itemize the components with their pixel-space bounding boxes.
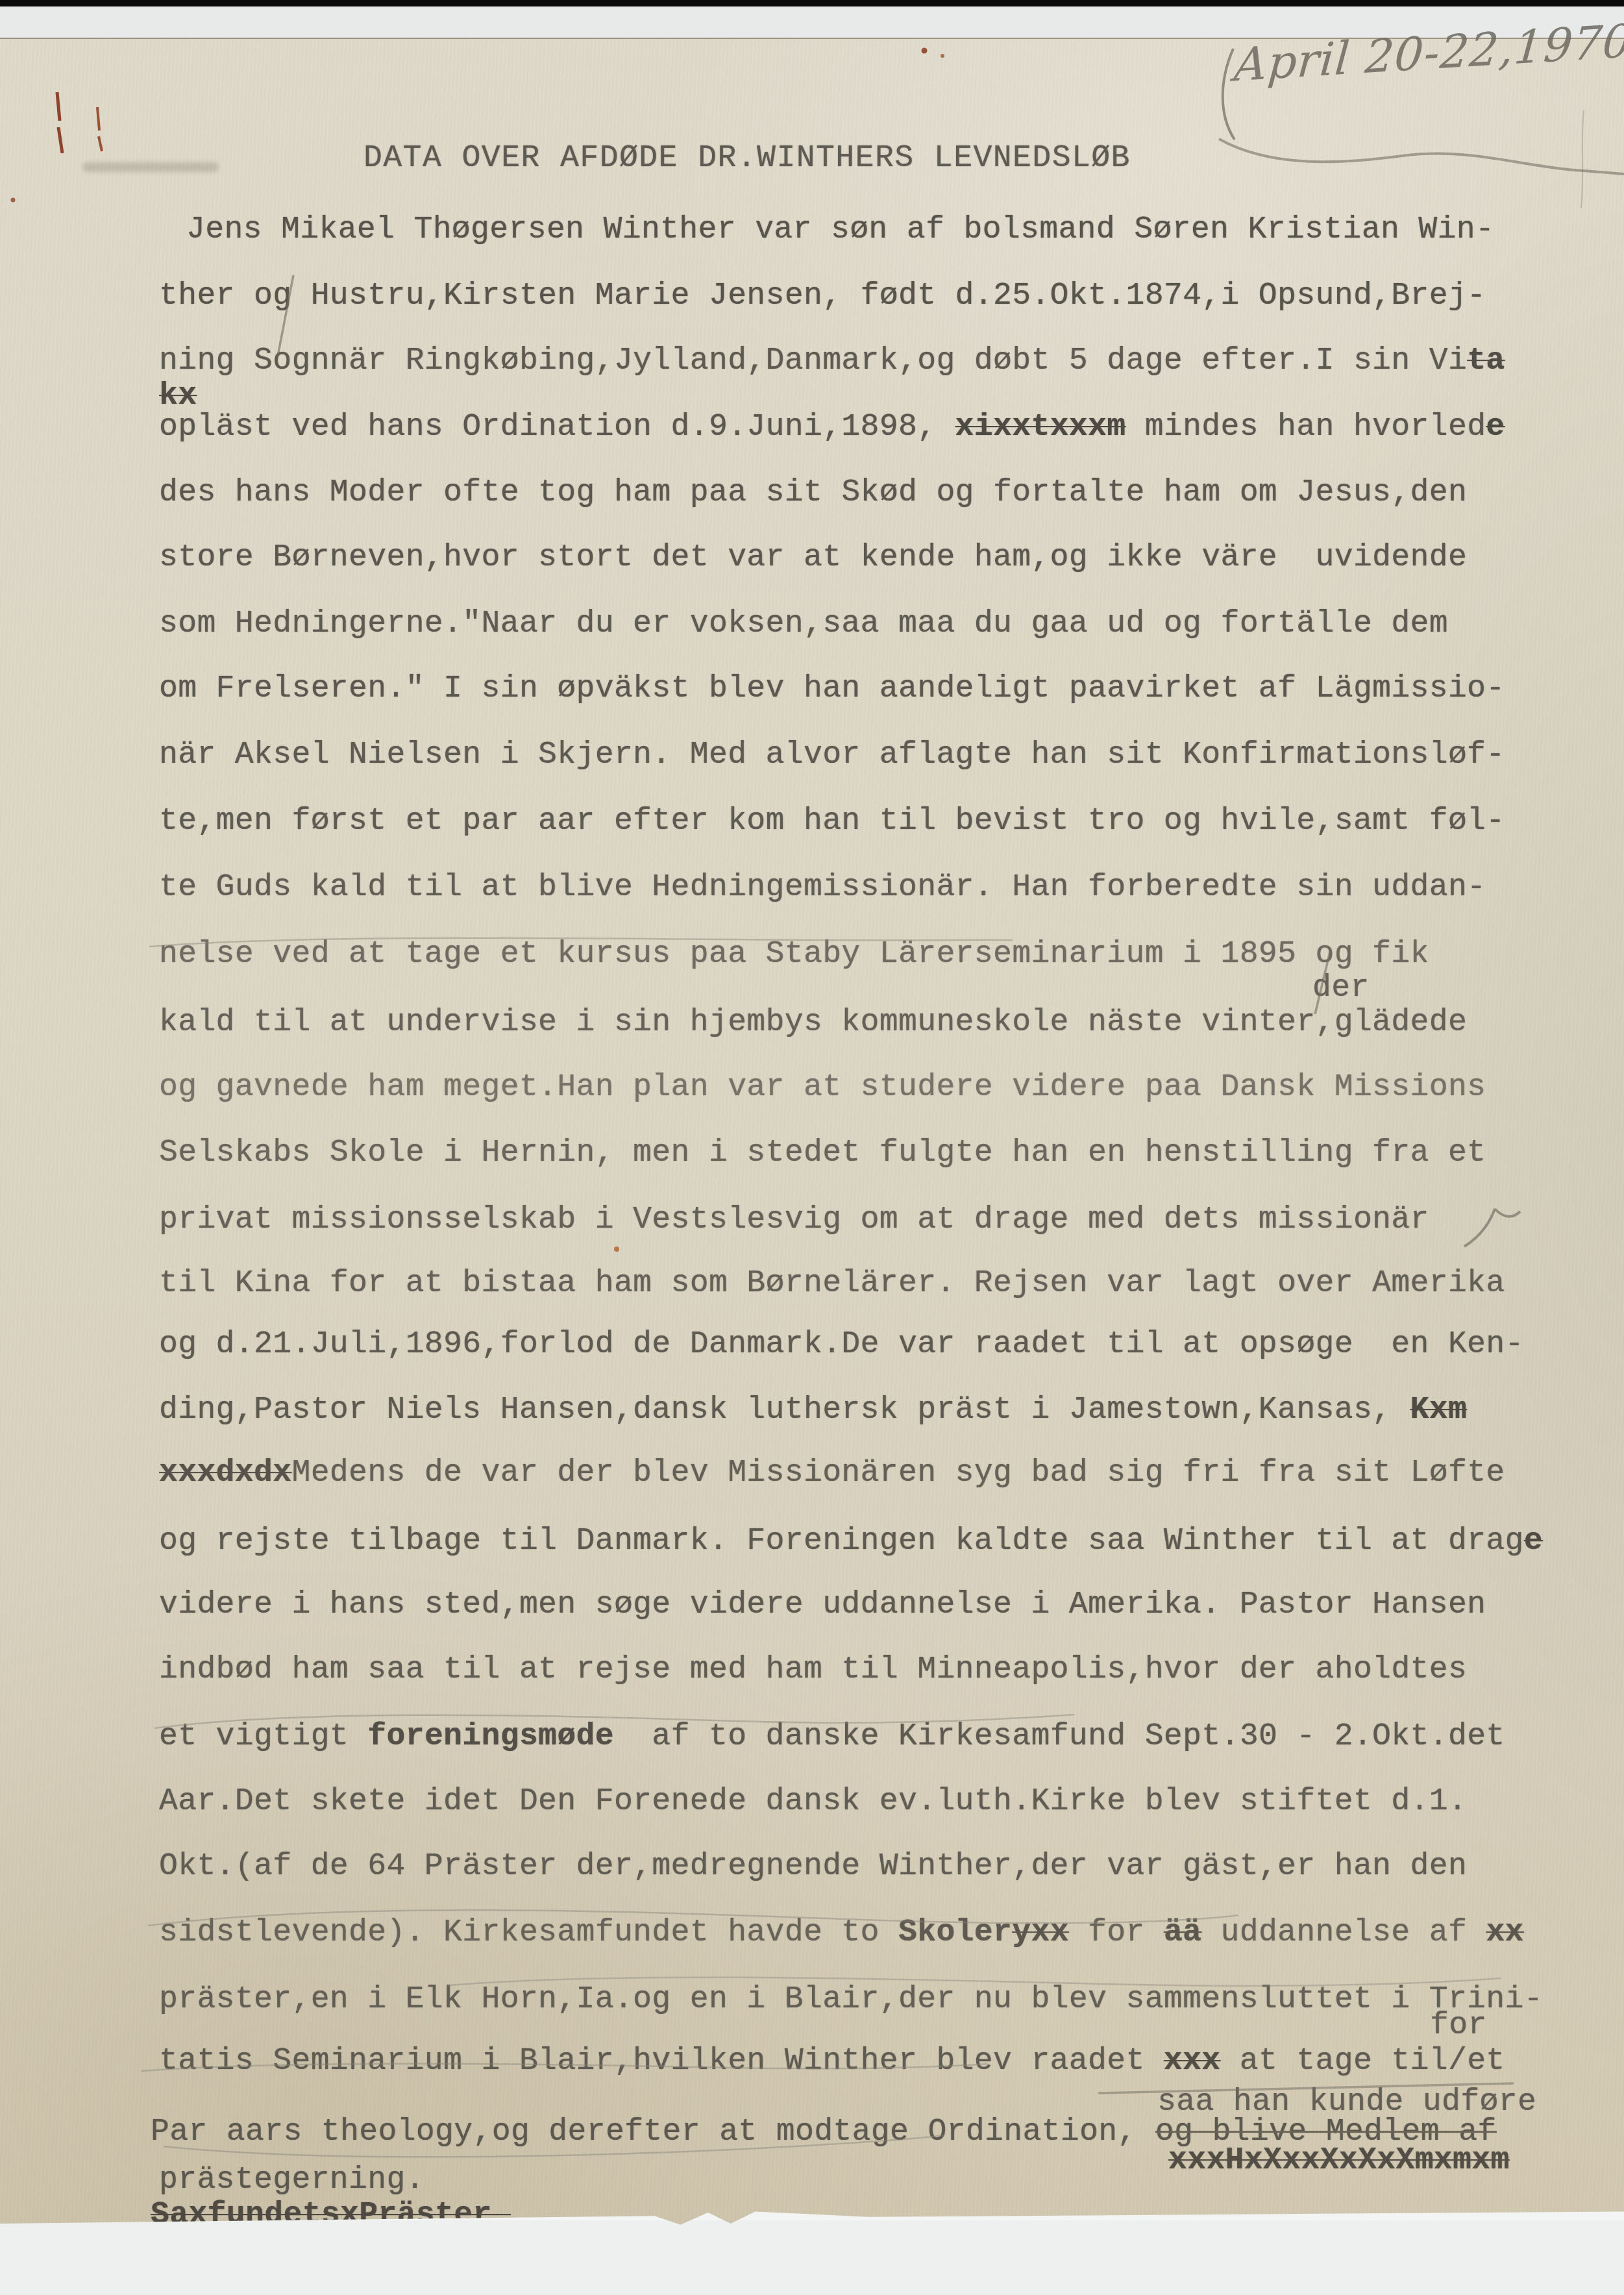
typewritten-text: som Hedningerne."Naar du er voksen,saa m… [159, 606, 1448, 641]
document-line: Okt.(af de 64 Präster der,medregnende Wi… [159, 1850, 1467, 1883]
document-line: des hans Moder ofte tog ham paa sit Skød… [159, 476, 1467, 510]
typewritten-text: store Børneven,hvor stort det var at ken… [159, 540, 1467, 575]
document-line: privat missionsselskab i Vestslesvig om … [159, 1203, 1429, 1237]
struck-text: Skoler [898, 1915, 1012, 1950]
document-line: ding,Pastor Niels Hansen,dansk luthersk … [159, 1393, 1467, 1427]
document-line: prästegerning. [159, 2163, 424, 2197]
typewritten-text: Aar.Det skete idet Den Forenede dansk ev… [159, 1784, 1467, 1819]
document-line: tatis Seminarium i Blair,hvilken Winther… [159, 2044, 1505, 2078]
struck-text: e [1524, 1524, 1543, 1559]
document-line: og gavnede ham meget.Han plan var at stu… [159, 1071, 1486, 1104]
typewritten-text: prästegerning. [159, 2163, 424, 2198]
struck-text: Kxm [1410, 1393, 1468, 1428]
typewritten-text: Medens de var der blev Missionären syg b… [291, 1456, 1505, 1491]
document-line: om Frelseren." I sin øpväkst blev han aa… [159, 672, 1505, 706]
document-line: nelse ved at tage et kursus paa Staby Lä… [159, 937, 1429, 971]
typewritten-text: ther og Hustru,Kirsten Marie Jensen, fød… [159, 279, 1486, 314]
typewritten-text: til Kina for at bistaa ham som Børneläre… [159, 1266, 1505, 1301]
document-line: kald til at undervise i sin hjembys komm… [159, 1006, 1467, 1039]
document-line: xxxHxXxxXxXxXmxmxm [1168, 2144, 1510, 2177]
typewritten-text: der [1312, 971, 1370, 1006]
typewritten-text: privat missionsselskab i Vestslesvig om … [159, 1202, 1429, 1237]
typewritten-text: om Frelseren." I sin øpväkst blev han aa… [159, 671, 1505, 706]
typewritten-text: sidstlevende). Kirkesamfundet havde to [159, 1915, 898, 1950]
typewritten-text: opläst ved hans Ordination d.9.Juni,1898… [159, 410, 955, 445]
document-line: videre i hans sted,men søge videre uddan… [159, 1588, 1486, 1622]
struck-text: xxx [1164, 2044, 1221, 2079]
document-line: for [1430, 2009, 1487, 2042]
struck-text: foreningsmøde [367, 1719, 614, 1754]
document-line: xxxdxdxMedens de var der blev Missionäre… [159, 1456, 1505, 1490]
document-line: Selskabs Skole i Hernin, men i stedet fu… [159, 1136, 1486, 1170]
typewritten-text: Jens Mikael Thøgersen Winther var søn af… [186, 212, 1494, 247]
typewritten-text: for [1430, 2008, 1487, 2043]
typewritten-text: og rejste tilbage til Danmark. Foreninge… [159, 1524, 1524, 1559]
typewritten-text: Par aars theology,og derefter at modtage… [151, 2115, 1155, 2150]
struck-text: xixxtxxxm [955, 410, 1126, 445]
document-line: indbød ham saa til at rejse med ham til … [159, 1653, 1467, 1687]
document-line: Aar.Det skete idet Den Forenede dansk ev… [159, 1785, 1467, 1818]
typewritten-text: des hans Moder ofte tog ham paa sit Skød… [159, 475, 1467, 510]
document-line: store Børneven,hvor stort det var at ken… [159, 541, 1467, 575]
scanner-background-bottom [0, 2220, 1624, 2295]
struck-text: kx [159, 378, 197, 414]
document-line: te Guds kald til at blive Hedningemissio… [159, 871, 1486, 904]
struck-text: ta [1467, 343, 1505, 378]
typewritten-text: präster,en i Elk Horn,Ia.og en i Blair,d… [159, 1982, 1543, 2017]
typewritten-text: kald til at undervise i sin hjembys komm… [159, 1005, 1467, 1040]
document-line: sidstlevende). Kirkesamfundet havde to S… [159, 1916, 1524, 1950]
typewritten-text: et vigtigt [159, 1719, 367, 1754]
document-line: te,men først et par aar efter kom han ti… [159, 804, 1505, 838]
typewritten-text: for [1069, 1915, 1164, 1950]
typewritten-text: mindes han hvorled [1126, 410, 1486, 445]
typewritten-text: när Aksel Nielsen i Skjern. Med alvor af… [159, 738, 1505, 773]
ink-smudge [82, 162, 219, 172]
typewritten-text: at tage til/et [1220, 2044, 1505, 2079]
typewritten-text: indbød ham saa til at rejse med ham til … [159, 1652, 1467, 1687]
struck-text: yxx [1012, 1915, 1069, 1950]
typewritten-text: videre i hans sted,men søge videre uddan… [159, 1587, 1486, 1622]
typewritten-text: og gavnede ham meget.Han plan var at stu… [159, 1070, 1486, 1105]
scanner-top-black-bar [0, 0, 1624, 6]
struck-text: xxxdxdx [159, 1456, 291, 1491]
scanned-paper: DATA OVER AFDØDE DR.WINTHERS LEVNEDSLØB … [0, 38, 1624, 2227]
typewritten-text: af to danske Kirkesamfund Sept.30 - 2.Ok… [614, 1719, 1505, 1754]
document-line: ther og Hustru,Kirsten Marie Jensen, fød… [159, 279, 1486, 313]
typewritten-text: tatis Seminarium i Blair,hvilken Winther… [159, 2044, 1164, 2079]
typewritten-text: nelse ved at tage et kursus paa Staby Lä… [159, 937, 1429, 972]
struck-text: xxxHxXxxXxXxXmxmxm [1168, 2143, 1510, 2178]
typewritten-text: te,men først et par aar efter kom han ti… [159, 804, 1505, 839]
document-line: og d.21.Juli,1896,forlod de Danmark.De v… [159, 1328, 1524, 1361]
typewritten-text: og d.21.Juli,1896,forlod de Danmark.De v… [159, 1327, 1524, 1362]
document-line: ning Sognnär Ringkøbing,Jylland,Danmark,… [159, 344, 1505, 378]
document-line: Jens Mikael Thøgersen Winther var søn af… [186, 213, 1494, 247]
struck-text: e [1486, 410, 1505, 445]
document-line: og rejste tilbage til Danmark. Foreninge… [159, 1524, 1543, 1558]
typewritten-text: te Guds kald til at blive Hedningemissio… [159, 870, 1486, 905]
document-line: til Kina for at bistaa ham som Børneläre… [159, 1267, 1505, 1300]
document-line: kx [159, 379, 197, 413]
typewritten-text: Selskabs Skole i Hernin, men i stedet fu… [159, 1135, 1486, 1171]
typewritten-text: ding,Pastor Niels Hansen,dansk luthersk … [159, 1393, 1410, 1428]
document-line: et vigtigt foreningsmøde af to danske Ki… [159, 1720, 1505, 1754]
struck-text: ää [1164, 1915, 1201, 1950]
document-line: som Hedningerne."Naar du er voksen,saa m… [159, 607, 1448, 641]
document-title: DATA OVER AFDØDE DR.WINTHERS LEVNEDSLØB [363, 142, 1131, 175]
document-line: opläst ved hans Ordination d.9.Juni,1898… [159, 410, 1505, 444]
struck-text: xx [1486, 1915, 1523, 1950]
document-line: präster,en i Elk Horn,Ia.og en i Blair,d… [159, 1983, 1543, 2016]
typewritten-text: Okt.(af de 64 Präster der,medregnende Wi… [159, 1849, 1467, 1884]
typewritten-text: ning Sognnär Ringkøbing,Jylland,Danmark,… [159, 343, 1467, 378]
document-line: när Aksel Nielsen i Skjern. Med alvor af… [159, 738, 1505, 772]
typewritten-text: uddannelse af [1201, 1915, 1486, 1950]
document-line: der [1312, 971, 1370, 1005]
